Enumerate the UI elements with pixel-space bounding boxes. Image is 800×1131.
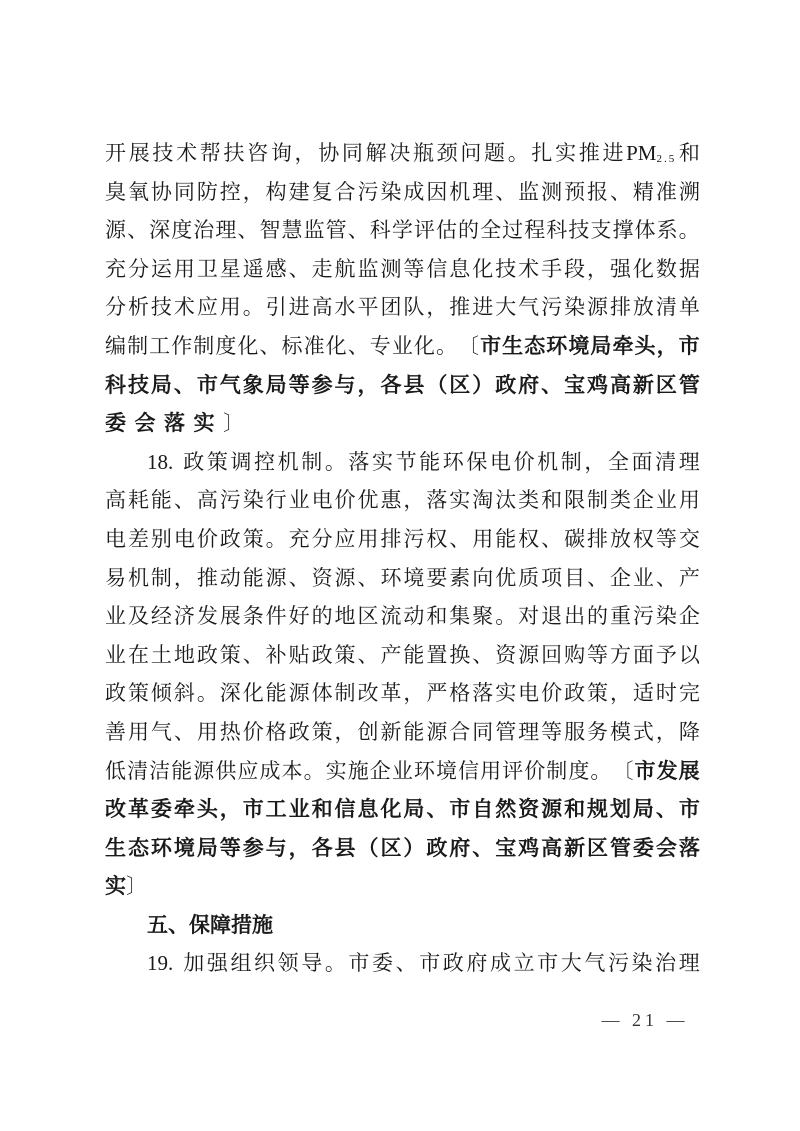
glyph: 政 [312, 636, 333, 675]
glyph: （ [426, 366, 447, 405]
glyph: 技 [152, 134, 173, 173]
glyph: 节 [396, 443, 417, 482]
glyph: 区 [587, 829, 608, 868]
glyph: 据 [679, 250, 700, 289]
glyph: 、 [656, 559, 677, 598]
glyph: 资 [312, 559, 333, 598]
glyph: 宝 [564, 366, 585, 405]
glyph: 态 [128, 829, 149, 868]
glyph: 服 [564, 713, 585, 752]
text-line: 高耗能、高污染行业电价优惠，落实淘汰类和限制类企业用 [105, 481, 700, 520]
glyph: 航 [335, 250, 356, 289]
glyph: 帮 [200, 134, 221, 173]
glyph: 对 [518, 597, 539, 636]
glyph: 、 [348, 211, 369, 250]
glyph: 然 [495, 790, 516, 829]
glyph: 高 [541, 829, 562, 868]
glyph: 策 [335, 636, 356, 675]
glyph: 补 [266, 636, 287, 675]
glyph: 电 [105, 520, 126, 559]
glyph: ） [472, 366, 493, 405]
glyph: 监 [304, 211, 325, 250]
glyph: 同 [472, 713, 493, 752]
glyph: 同 [174, 173, 195, 212]
glyph: 化 [243, 674, 264, 713]
glyph: 环 [414, 752, 435, 791]
glyph: 施 [348, 752, 369, 791]
glyph: 。 [590, 752, 611, 791]
glyph: ， [403, 481, 424, 520]
glyph: 地 [174, 636, 195, 675]
glyph: 和 [564, 790, 585, 829]
glyph: 高 [610, 366, 631, 405]
glyph: 机 [537, 443, 558, 482]
glyph: 推 [197, 559, 218, 598]
glyph: 、 [357, 559, 378, 598]
glyph: 析 [128, 288, 149, 327]
glyph: 贴 [289, 636, 310, 675]
glyph: 完 [679, 674, 700, 713]
glyph: 限 [564, 481, 585, 520]
glyph: 土 [151, 636, 172, 675]
glyph: 等 [403, 250, 424, 289]
glyph: 段 [564, 250, 585, 289]
glyph: 价 [197, 520, 218, 559]
glyph: 推 [449, 288, 470, 327]
glyph: 合 [449, 713, 470, 752]
glyph: 电 [312, 481, 333, 520]
glyph: 企 [679, 597, 700, 636]
glyph: 会 [656, 829, 677, 868]
glyph: 、 [237, 211, 258, 250]
glyph: ， [610, 674, 631, 713]
glyph: 清 [655, 443, 676, 482]
glyph: 染 [380, 173, 401, 212]
glyph: 目 [564, 559, 585, 598]
glyph: 题 [484, 134, 505, 173]
glyph: 牵 [612, 327, 633, 366]
glyph: 进 [602, 134, 623, 173]
glyph: 保 [466, 443, 487, 482]
glyph: 优 [357, 481, 378, 520]
glyph: ， [243, 173, 264, 212]
glyph: 理 [215, 211, 236, 250]
glyph: 换 [449, 636, 470, 675]
glyph: 复 [312, 173, 333, 212]
glyph: 单 [679, 288, 700, 327]
glyph: 汰 [495, 481, 516, 520]
glyph: 瓶 [413, 134, 434, 173]
glyph: 、 [587, 559, 608, 598]
glyph: 分 [312, 520, 333, 559]
glyph: 治 [193, 211, 214, 250]
glyph: 分 [105, 288, 126, 327]
glyph: 工 [266, 790, 287, 829]
glyph: 进 [289, 288, 310, 327]
glyph: 清 [127, 752, 148, 791]
glyph: 价 [335, 481, 356, 520]
glyph: 碳 [564, 520, 585, 559]
glyph: 强 [610, 250, 631, 289]
glyph: 咨 [247, 134, 268, 173]
glyph: 实 [449, 481, 470, 520]
glyph: 县 [335, 829, 356, 868]
glyph: 专 [370, 327, 391, 366]
glyph: 技 [568, 211, 589, 250]
glyph: 政 [220, 520, 241, 559]
glyph: 术 [174, 288, 195, 327]
glyph: 制 [127, 327, 148, 366]
glyph: 度 [568, 752, 589, 791]
glyph: 向 [472, 559, 493, 598]
glyph: 气 [220, 366, 241, 405]
glyph: 委 [372, 944, 393, 983]
glyph: 防 [197, 173, 218, 212]
glyph: 。 [679, 211, 700, 250]
paragraph-19-first-line: 19. 加强组织领导。市委、市政府成立市大气污染治理 [105, 944, 700, 983]
text-line: 臭氧协同防控，构建复合污染成因机理、监测预报、精准溯 [105, 173, 700, 212]
glyph: 价 [524, 752, 545, 791]
glyph: 制 [561, 443, 582, 482]
glyph: 能 [243, 559, 264, 598]
glyph: 业 [289, 481, 310, 520]
glyph: 鸡 [587, 366, 608, 405]
glyph: 创 [357, 713, 378, 752]
page-number: — 21 — [590, 1010, 700, 1031]
glyph: 化 [237, 327, 258, 366]
glyph: 境 [174, 829, 195, 868]
glyph: 业 [105, 597, 126, 636]
glyph: 集 [449, 597, 470, 636]
glyph: 易 [105, 559, 126, 598]
glyph: 落 [679, 829, 700, 868]
glyph: 格 [266, 713, 287, 752]
glyph: ， [335, 713, 356, 752]
glyph: PM2.5 [626, 134, 676, 173]
glyph: 、 [289, 250, 310, 289]
glyph: 管 [679, 366, 700, 405]
glyph: 革 [128, 790, 149, 829]
glyph: 策 [207, 443, 228, 482]
glyph: 体 [312, 674, 333, 713]
glyph: 源 [587, 288, 608, 327]
glyph: 市 [449, 790, 470, 829]
glyph: 深 [149, 211, 170, 250]
glyph: 局 [403, 790, 424, 829]
glyph: 市 [635, 752, 656, 791]
glyph: 进 [472, 288, 493, 327]
glyph: 程 [524, 211, 545, 250]
glyph: 化 [414, 327, 435, 366]
glyph: 素 [449, 559, 470, 598]
glyph: ， [357, 366, 378, 405]
glyph: 热 [220, 713, 241, 752]
glyph: 污 [541, 288, 562, 327]
glyph: 全 [608, 443, 629, 482]
glyph: 科 [370, 211, 391, 250]
glyph: 、 [610, 173, 631, 212]
glyph: 展 [129, 134, 150, 173]
item-number: 18. [147, 443, 173, 482]
glyph: 管 [326, 211, 347, 250]
glyph: 制 [151, 559, 172, 598]
glyph: 测 [380, 250, 401, 289]
glyph: 准 [656, 173, 677, 212]
glyph: 编 [105, 327, 126, 366]
glyph: 〔 [612, 752, 633, 791]
glyph: 测 [541, 173, 562, 212]
glyph: 严 [426, 674, 447, 713]
glyph: 用 [174, 250, 195, 289]
glyph: 高 [312, 288, 333, 327]
glyph: （ [357, 829, 378, 868]
text-line: 政策倾斜。深化能源体制改革，严格落实电价政策，适时完 [105, 674, 700, 713]
glyph: 局 [151, 366, 172, 405]
glyph: 。 [304, 752, 325, 791]
glyph: 技 [128, 366, 149, 405]
glyph: 市 [348, 944, 369, 983]
glyph: 别 [151, 520, 172, 559]
glyph: 优 [495, 559, 516, 598]
glyph: 术 [518, 250, 539, 289]
glyph: 发 [657, 752, 678, 791]
glyph: 机 [278, 443, 299, 482]
glyph: 政 [183, 443, 204, 482]
glyph: 领 [278, 944, 299, 983]
glyph: 化 [472, 250, 493, 289]
glyph: 政 [564, 674, 585, 713]
glyph: 业 [289, 790, 310, 829]
glyph: 生 [502, 327, 523, 366]
glyph: 扎 [531, 134, 552, 173]
glyph: 落 [426, 481, 447, 520]
glyph: 要 [426, 559, 447, 598]
glyph: 。 [508, 134, 529, 173]
glyph: 信 [426, 250, 447, 289]
glyph: 源 [335, 559, 356, 598]
glyph: 和 [426, 597, 447, 636]
glyph: 息 [449, 250, 470, 289]
glyph: 电 [174, 520, 195, 559]
glyph: 充 [105, 250, 126, 289]
glyph: 全 [480, 211, 501, 250]
glyph: 境 [436, 752, 457, 791]
glyph: 染 [632, 944, 653, 983]
glyph: 局 [197, 829, 218, 868]
glyph: 、 [174, 481, 195, 520]
glyph: 实 [495, 674, 516, 713]
glyph: 组 [230, 944, 251, 983]
glyph: 耗 [128, 481, 149, 520]
glyph: 政 [426, 829, 447, 868]
glyph: 环 [546, 327, 567, 366]
glyph: 头 [635, 327, 656, 366]
glyph: 、 [472, 636, 493, 675]
glyph: 化 [326, 327, 347, 366]
glyph: 件 [266, 597, 287, 636]
glyph: 条 [243, 597, 264, 636]
glyph: 工 [149, 327, 170, 366]
glyph: 斜 [174, 674, 195, 713]
glyph: 。 [197, 674, 218, 713]
text-run: 政策调控机制。落实节能环保电价机制，全面清理 [183, 443, 700, 482]
glyph: 市 [243, 790, 264, 829]
glyph: 市 [537, 944, 558, 983]
glyph: 污 [633, 597, 654, 636]
glyph: 善 [105, 713, 126, 752]
glyph: 业 [105, 636, 126, 675]
glyph: 环 [380, 559, 401, 598]
glyph: 分 [128, 250, 149, 289]
glyph: 的 [312, 597, 333, 636]
glyph: 在 [128, 636, 149, 675]
glyph: 用 [480, 752, 501, 791]
glyph: 精 [633, 173, 654, 212]
glyph: 、 [243, 636, 264, 675]
glyph: 市 [419, 944, 440, 983]
glyph: 平 [357, 288, 378, 327]
glyph: 予 [656, 636, 677, 675]
glyph: 度 [171, 211, 192, 250]
glyph: 构 [266, 173, 287, 212]
glyph: 策 [312, 713, 333, 752]
body-text: 开展技术帮扶咨询，协同解决瓶颈问题。扎实推进PM2.5和 臭氧协同防控，构建复合… [105, 134, 700, 983]
glyph: 政 [289, 713, 310, 752]
glyph: 治 [655, 944, 676, 983]
glyph: 队 [403, 288, 424, 327]
glyph: 委 [633, 829, 654, 868]
glyph: 降 [679, 713, 700, 752]
glyph: 区 [357, 597, 378, 636]
glyph: 头 [197, 790, 218, 829]
glyph: ， [584, 443, 605, 482]
glyph: 企 [610, 559, 631, 598]
glyph: 回 [541, 636, 562, 675]
glyph: 信 [335, 790, 356, 829]
glyph: 与 [266, 829, 287, 868]
glyph: 、 [426, 790, 447, 829]
glyph: 、 [472, 829, 493, 868]
glyph: 落 [472, 674, 493, 713]
glyph: 的 [458, 211, 479, 250]
glyph: 能 [403, 636, 424, 675]
glyph: 过 [502, 211, 523, 250]
glyph: ， [403, 674, 424, 713]
glyph: 、 [348, 327, 369, 366]
glyph: 气 [151, 713, 172, 752]
glyph: 评 [414, 211, 435, 250]
glyph: 制 [301, 443, 322, 482]
glyph: 及 [128, 597, 149, 636]
glyph: 水 [335, 288, 356, 327]
glyph: 机 [128, 559, 149, 598]
glyph: 询 [271, 134, 292, 173]
glyph: 问 [460, 134, 481, 173]
glyph: 市 [197, 366, 218, 405]
responsibility-line: 实〕 [105, 867, 700, 906]
glyph: 等 [541, 713, 562, 752]
glyph: 策 [243, 520, 264, 559]
glyph: 类 [518, 481, 539, 520]
responsibility-text: 委会落实 [105, 404, 223, 443]
glyph: 鸡 [518, 829, 539, 868]
glyph: 展 [220, 597, 241, 636]
glyph: 产 [380, 636, 401, 675]
glyph: 的 [587, 597, 608, 636]
glyph: 模 [610, 713, 631, 752]
glyph: 污 [403, 520, 424, 559]
responsibility-line: 委会落实〕 [105, 404, 700, 443]
glyph: 出 [564, 597, 585, 636]
glyph: 展 [679, 752, 700, 791]
glyph: 成 [403, 173, 424, 212]
glyph: 价 [541, 674, 562, 713]
glyph: 退 [541, 597, 562, 636]
glyph: 气 [584, 944, 605, 983]
glyph: 评 [502, 752, 523, 791]
glyph: 购 [564, 636, 585, 675]
glyph: 规 [587, 790, 608, 829]
glyph: 用 [679, 481, 700, 520]
bracket-close: 〕 [126, 867, 147, 906]
glyph: 、 [541, 520, 562, 559]
glyph: 能 [171, 752, 192, 791]
glyph: 供 [215, 752, 236, 791]
glyph: 制 [546, 752, 567, 791]
glyph: 资 [495, 636, 516, 675]
glyph: 卫 [197, 250, 218, 289]
glyph: 用 [128, 713, 149, 752]
glyph: ， [289, 829, 310, 868]
section-heading-text: 五、保障措施 [147, 906, 273, 945]
glyph: 新 [633, 366, 654, 405]
glyph: 成 [490, 944, 511, 983]
glyph: 。 [436, 327, 457, 366]
glyph: 织 [254, 944, 275, 983]
glyph: 差 [128, 520, 149, 559]
glyph: 政 [105, 674, 126, 713]
glyph: 应 [197, 288, 218, 327]
glyph: 革 [380, 674, 401, 713]
glyph: 能 [151, 481, 172, 520]
glyph: 支 [590, 211, 611, 250]
glyph: 遥 [243, 250, 264, 289]
glyph: 污 [608, 944, 629, 983]
glyph: 地 [335, 597, 356, 636]
glyph: 局 [590, 327, 611, 366]
glyph: 大 [495, 288, 516, 327]
glyph: ， [174, 559, 195, 598]
glyph: 走 [312, 250, 333, 289]
glyph: 、 [357, 636, 378, 675]
glyph: 报 [587, 173, 608, 212]
glyph: 立 [514, 944, 535, 983]
glyph: 。 [243, 288, 264, 327]
glyph: 、 [174, 366, 195, 405]
glyph: 能 [419, 443, 440, 482]
text-line: 低清洁能源供应成本。实施企业环境信用评价制度。〔市发展 [105, 752, 700, 791]
glyph: 府 [518, 366, 539, 405]
glyph: 好 [289, 597, 310, 636]
glyph: 估 [436, 211, 457, 250]
glyph: 制 [587, 481, 608, 520]
glyph: 时 [656, 674, 677, 713]
glyph: 手 [541, 250, 562, 289]
glyph: 产 [679, 559, 700, 598]
glyph: 引 [266, 288, 287, 327]
glyph: 导 [301, 944, 322, 983]
glyph: 府 [449, 829, 470, 868]
